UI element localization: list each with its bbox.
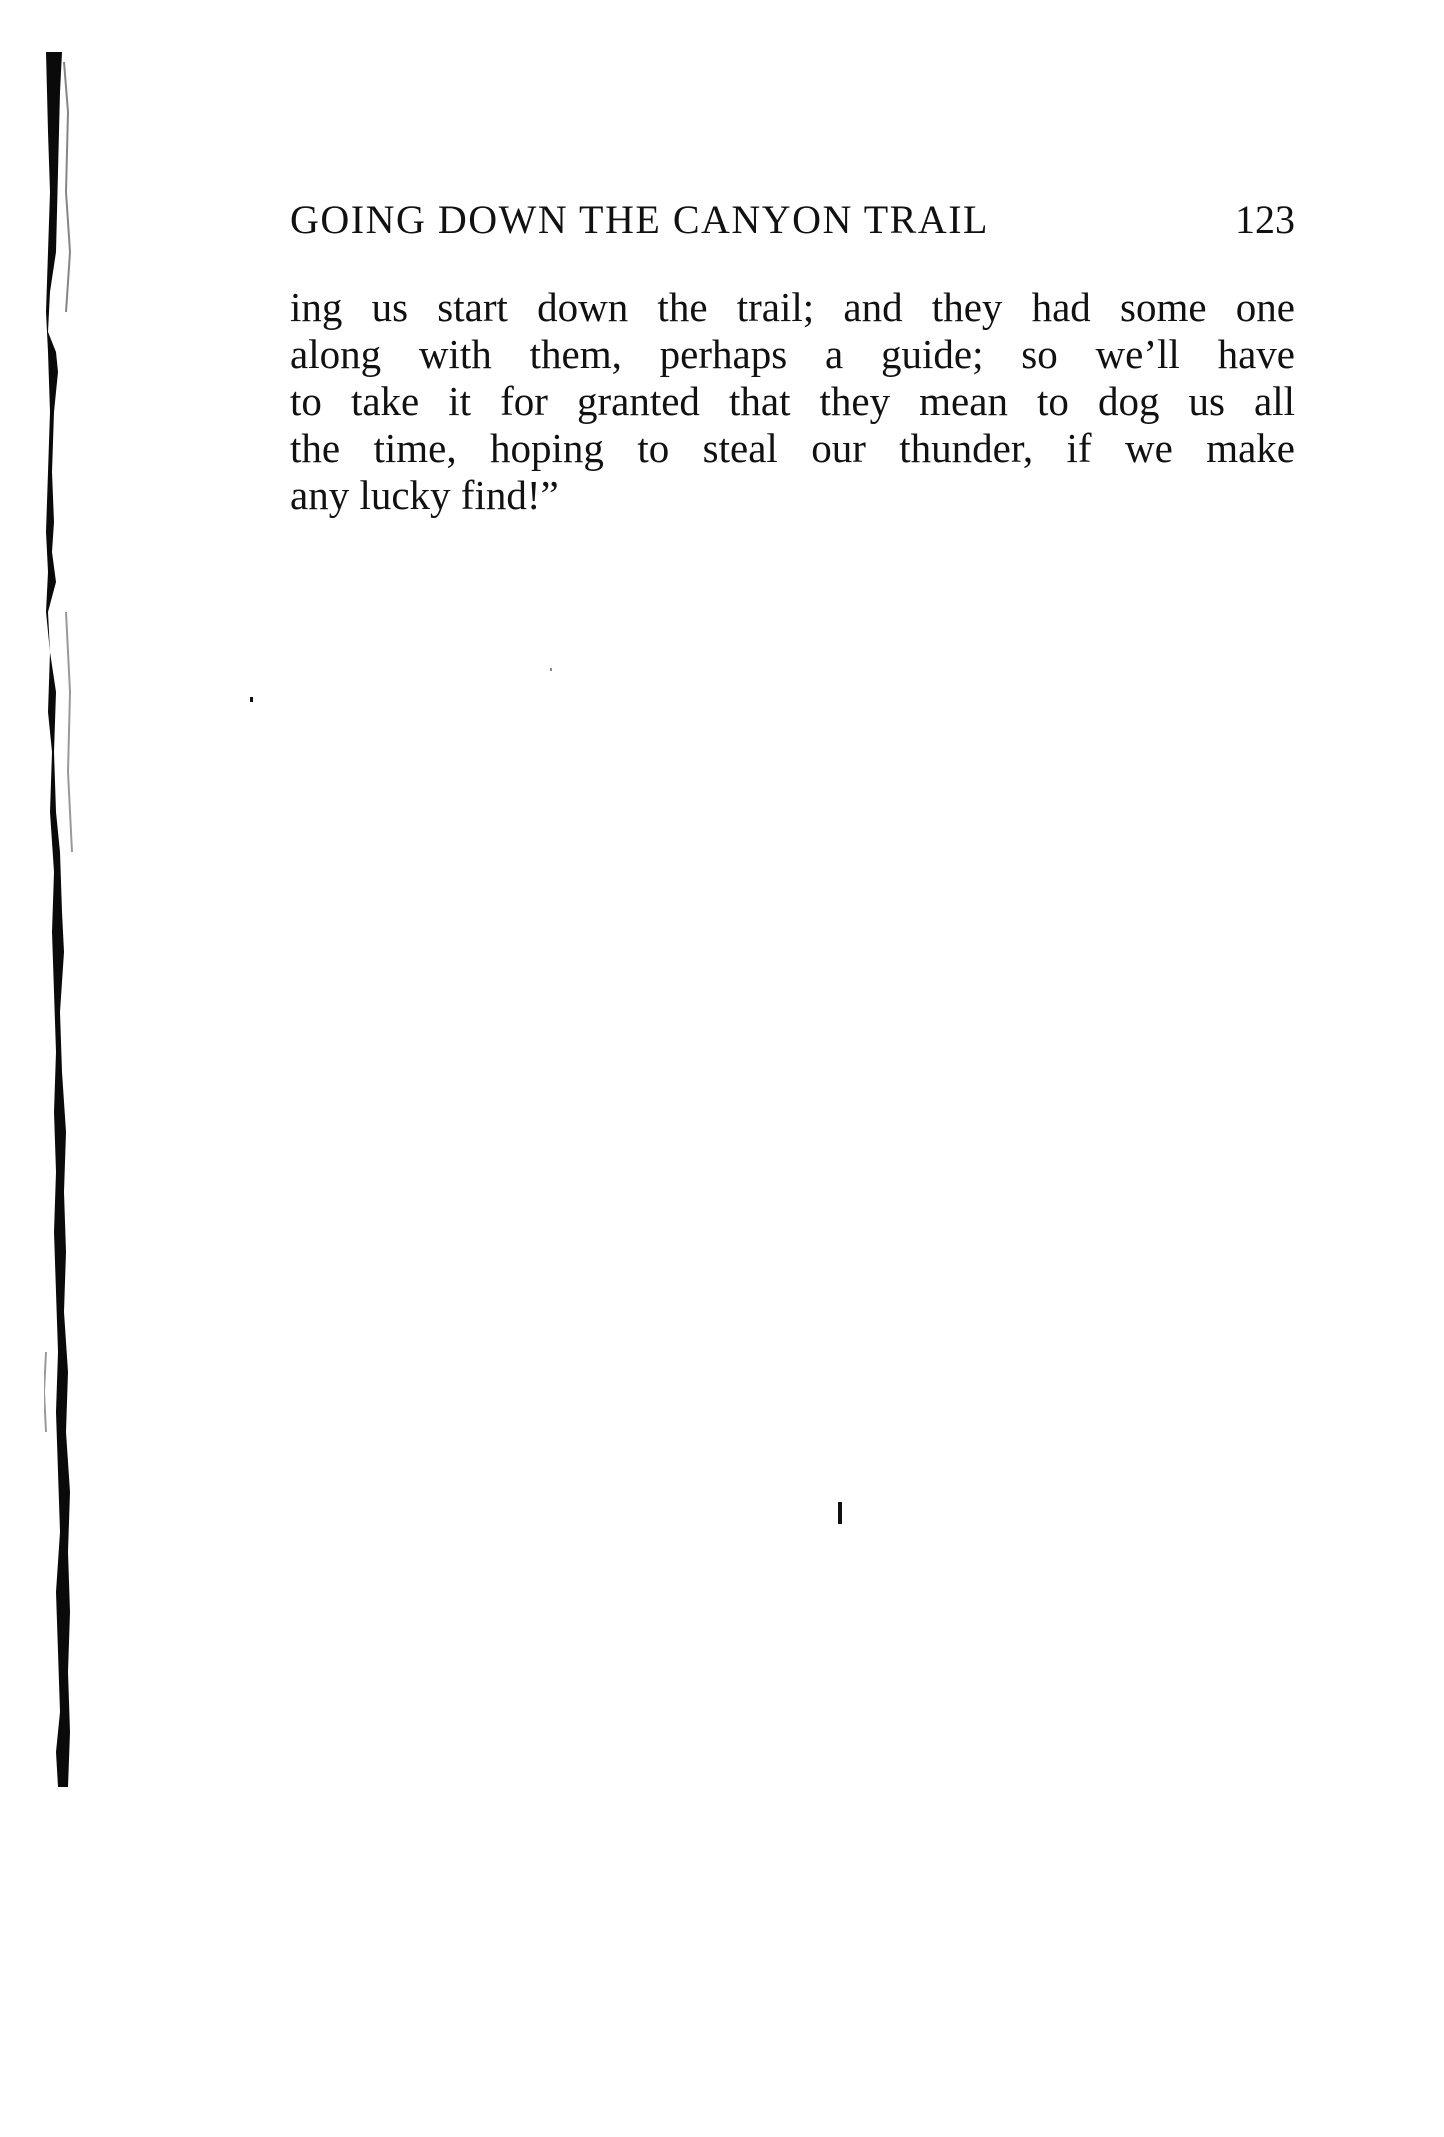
running-head-title: GOING DOWN THE CANYON TRAIL: [290, 196, 989, 243]
body-paragraph: ing us start down the trail; and they ha…: [290, 284, 1295, 519]
text-line: ing us start down the trail; and they ha…: [290, 284, 1295, 331]
text-line: any lucky find!”: [290, 472, 1295, 519]
running-header: GOING DOWN THE CANYON TRAIL 123: [290, 196, 1295, 243]
scan-speck: [250, 697, 253, 702]
text-line: along with them, perhaps a guide; so we’…: [290, 331, 1295, 378]
page-number: 123: [1235, 196, 1295, 243]
book-page: GOING DOWN THE CANYON TRAIL 123 ing us s…: [0, 0, 1444, 2137]
text-line: the time, hoping to steal our thunder, i…: [290, 425, 1295, 472]
scan-speck: [550, 668, 552, 671]
text-line: to take it for granted that they mean to…: [290, 378, 1295, 425]
scan-speck: [838, 1502, 842, 1524]
binding-shadow: [44, 52, 84, 1787]
